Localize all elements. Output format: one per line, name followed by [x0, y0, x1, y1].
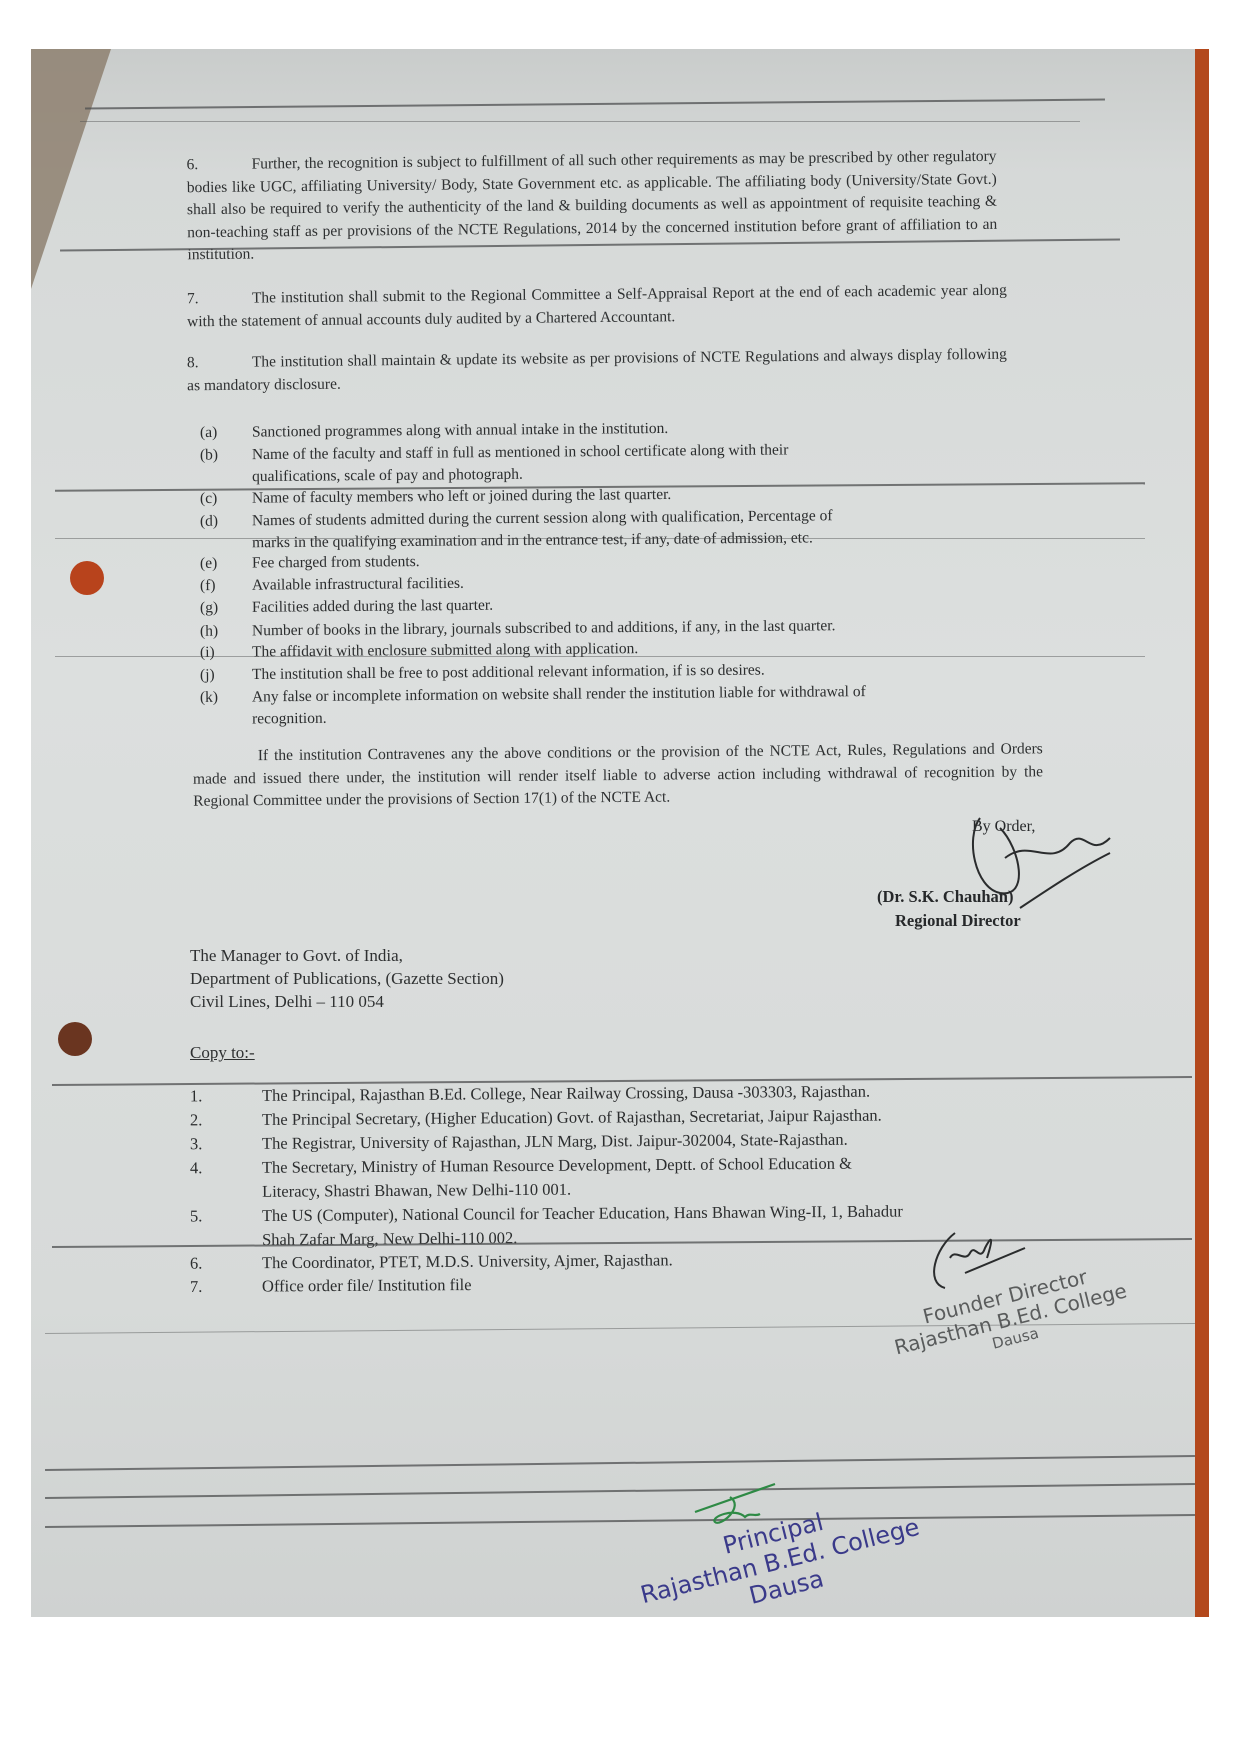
item-number: 1.	[190, 1084, 262, 1109]
item-text: Name of the faculty and staff in full as…	[252, 441, 789, 463]
punch-hole	[70, 561, 104, 595]
item-label: (b)	[200, 444, 252, 466]
item-label: (k)	[200, 686, 252, 708]
signature-scribble	[960, 798, 1120, 928]
addressee-line: Department of Publications, (Gazette Sec…	[190, 968, 504, 990]
disclosure-item: (g)Facilities added during the last quar…	[200, 595, 493, 620]
copy-to-heading: Copy to:-	[190, 1042, 255, 1064]
item-text: The Coordinator, PTET, M.D.S. University…	[262, 1250, 673, 1272]
item-number: 3.	[190, 1132, 262, 1157]
copy-to-item: 6.The Coordinator, PTET, M.D.S. Universi…	[190, 1248, 673, 1275]
item-label: (f)	[200, 575, 252, 597]
paragraph-number: 6.	[186, 154, 251, 177]
item-label: (c)	[200, 488, 252, 510]
item-text: The Principal Secretary, (Higher Educati…	[262, 1106, 882, 1129]
item-number: 7.	[190, 1274, 262, 1299]
item-text: Any false or incomplete information on w…	[252, 683, 866, 705]
paragraph-number: 7.	[187, 288, 252, 311]
divider-line	[55, 656, 1145, 657]
item-text: Number of books in the library, journals…	[252, 617, 836, 639]
item-label: (e)	[200, 553, 252, 575]
item-label: (j)	[200, 664, 252, 686]
addressee-line: Civil Lines, Delhi – 110 054	[190, 991, 384, 1013]
item-text: Office order file/ Institution file	[262, 1275, 472, 1295]
item-number: 6.	[190, 1251, 262, 1276]
item-text: The Secretary, Ministry of Human Resourc…	[262, 1154, 852, 1177]
disclosure-item: (b)Name of the faculty and staff in full…	[200, 439, 789, 488]
item-text: The affidavit with enclosure submitted a…	[252, 640, 638, 660]
item-label: (d)	[200, 510, 252, 532]
copy-to-item: 4.The Secretary, Ministry of Human Resou…	[190, 1152, 852, 1205]
item-text: The US (Computer), National Council for …	[262, 1202, 903, 1225]
signatory-designation: Regional Director	[895, 911, 1021, 931]
disclosure-item: (e)Fee charged from students.	[200, 551, 420, 575]
item-text: Facilities added during the last quarter…	[252, 597, 493, 616]
item-text: Available infrastructural facilities.	[252, 575, 464, 594]
paragraph-text: The institution shall maintain & update …	[187, 346, 1007, 394]
item-label: (g)	[200, 597, 252, 619]
page-edge	[1195, 49, 1209, 1617]
divider-line	[55, 538, 1145, 539]
item-number: 4.	[190, 1156, 262, 1181]
closing-paragraph: If the institution Contravenes any the a…	[193, 738, 1044, 813]
item-text: The institution shall be free to post ad…	[252, 662, 765, 683]
item-number: 5.	[190, 1204, 262, 1229]
disclosure-item: (f)Available infrastructural facilities.	[200, 573, 464, 597]
item-text: Names of students admitted during the cu…	[252, 507, 833, 529]
paragraph-number: 8.	[187, 352, 252, 375]
item-label: (a)	[200, 422, 252, 444]
disclosure-item: (k)Any false or incomplete information o…	[200, 681, 866, 731]
item-text: Shah Zafar Marg, New Delhi-110 002.	[190, 1224, 903, 1253]
item-text: The Registrar, University of Rajasthan, …	[262, 1130, 848, 1153]
paragraph-8: 8.The institution shall maintain & updat…	[187, 344, 1007, 398]
addressee-line: The Manager to Govt. of India,	[190, 945, 403, 967]
item-text: Sanctioned programmes along with annual …	[252, 420, 668, 441]
signatory-name: (Dr. S.K. Chauhan)	[877, 887, 1013, 907]
item-label: (h)	[200, 620, 252, 642]
copy-to-item: 7.Office order file/ Institution file	[190, 1273, 472, 1299]
divider-line	[80, 121, 1080, 122]
paragraph-7: 7.The institution shall submit to the Re…	[187, 280, 1007, 334]
folded-corner	[31, 49, 111, 289]
punch-hole	[58, 1022, 92, 1056]
paragraph-text: The institution shall submit to the Regi…	[187, 282, 1007, 330]
item-text: Fee charged from students.	[252, 553, 420, 571]
item-text: The Principal, Rajasthan B.Ed. College, …	[262, 1082, 870, 1105]
disclosure-item: (i)The affidavit with enclosure submitte…	[200, 638, 638, 664]
item-number: 2.	[190, 1108, 262, 1133]
item-label: (i)	[200, 641, 252, 663]
disclosure-item: (d)Names of students admitted during the…	[200, 505, 833, 555]
